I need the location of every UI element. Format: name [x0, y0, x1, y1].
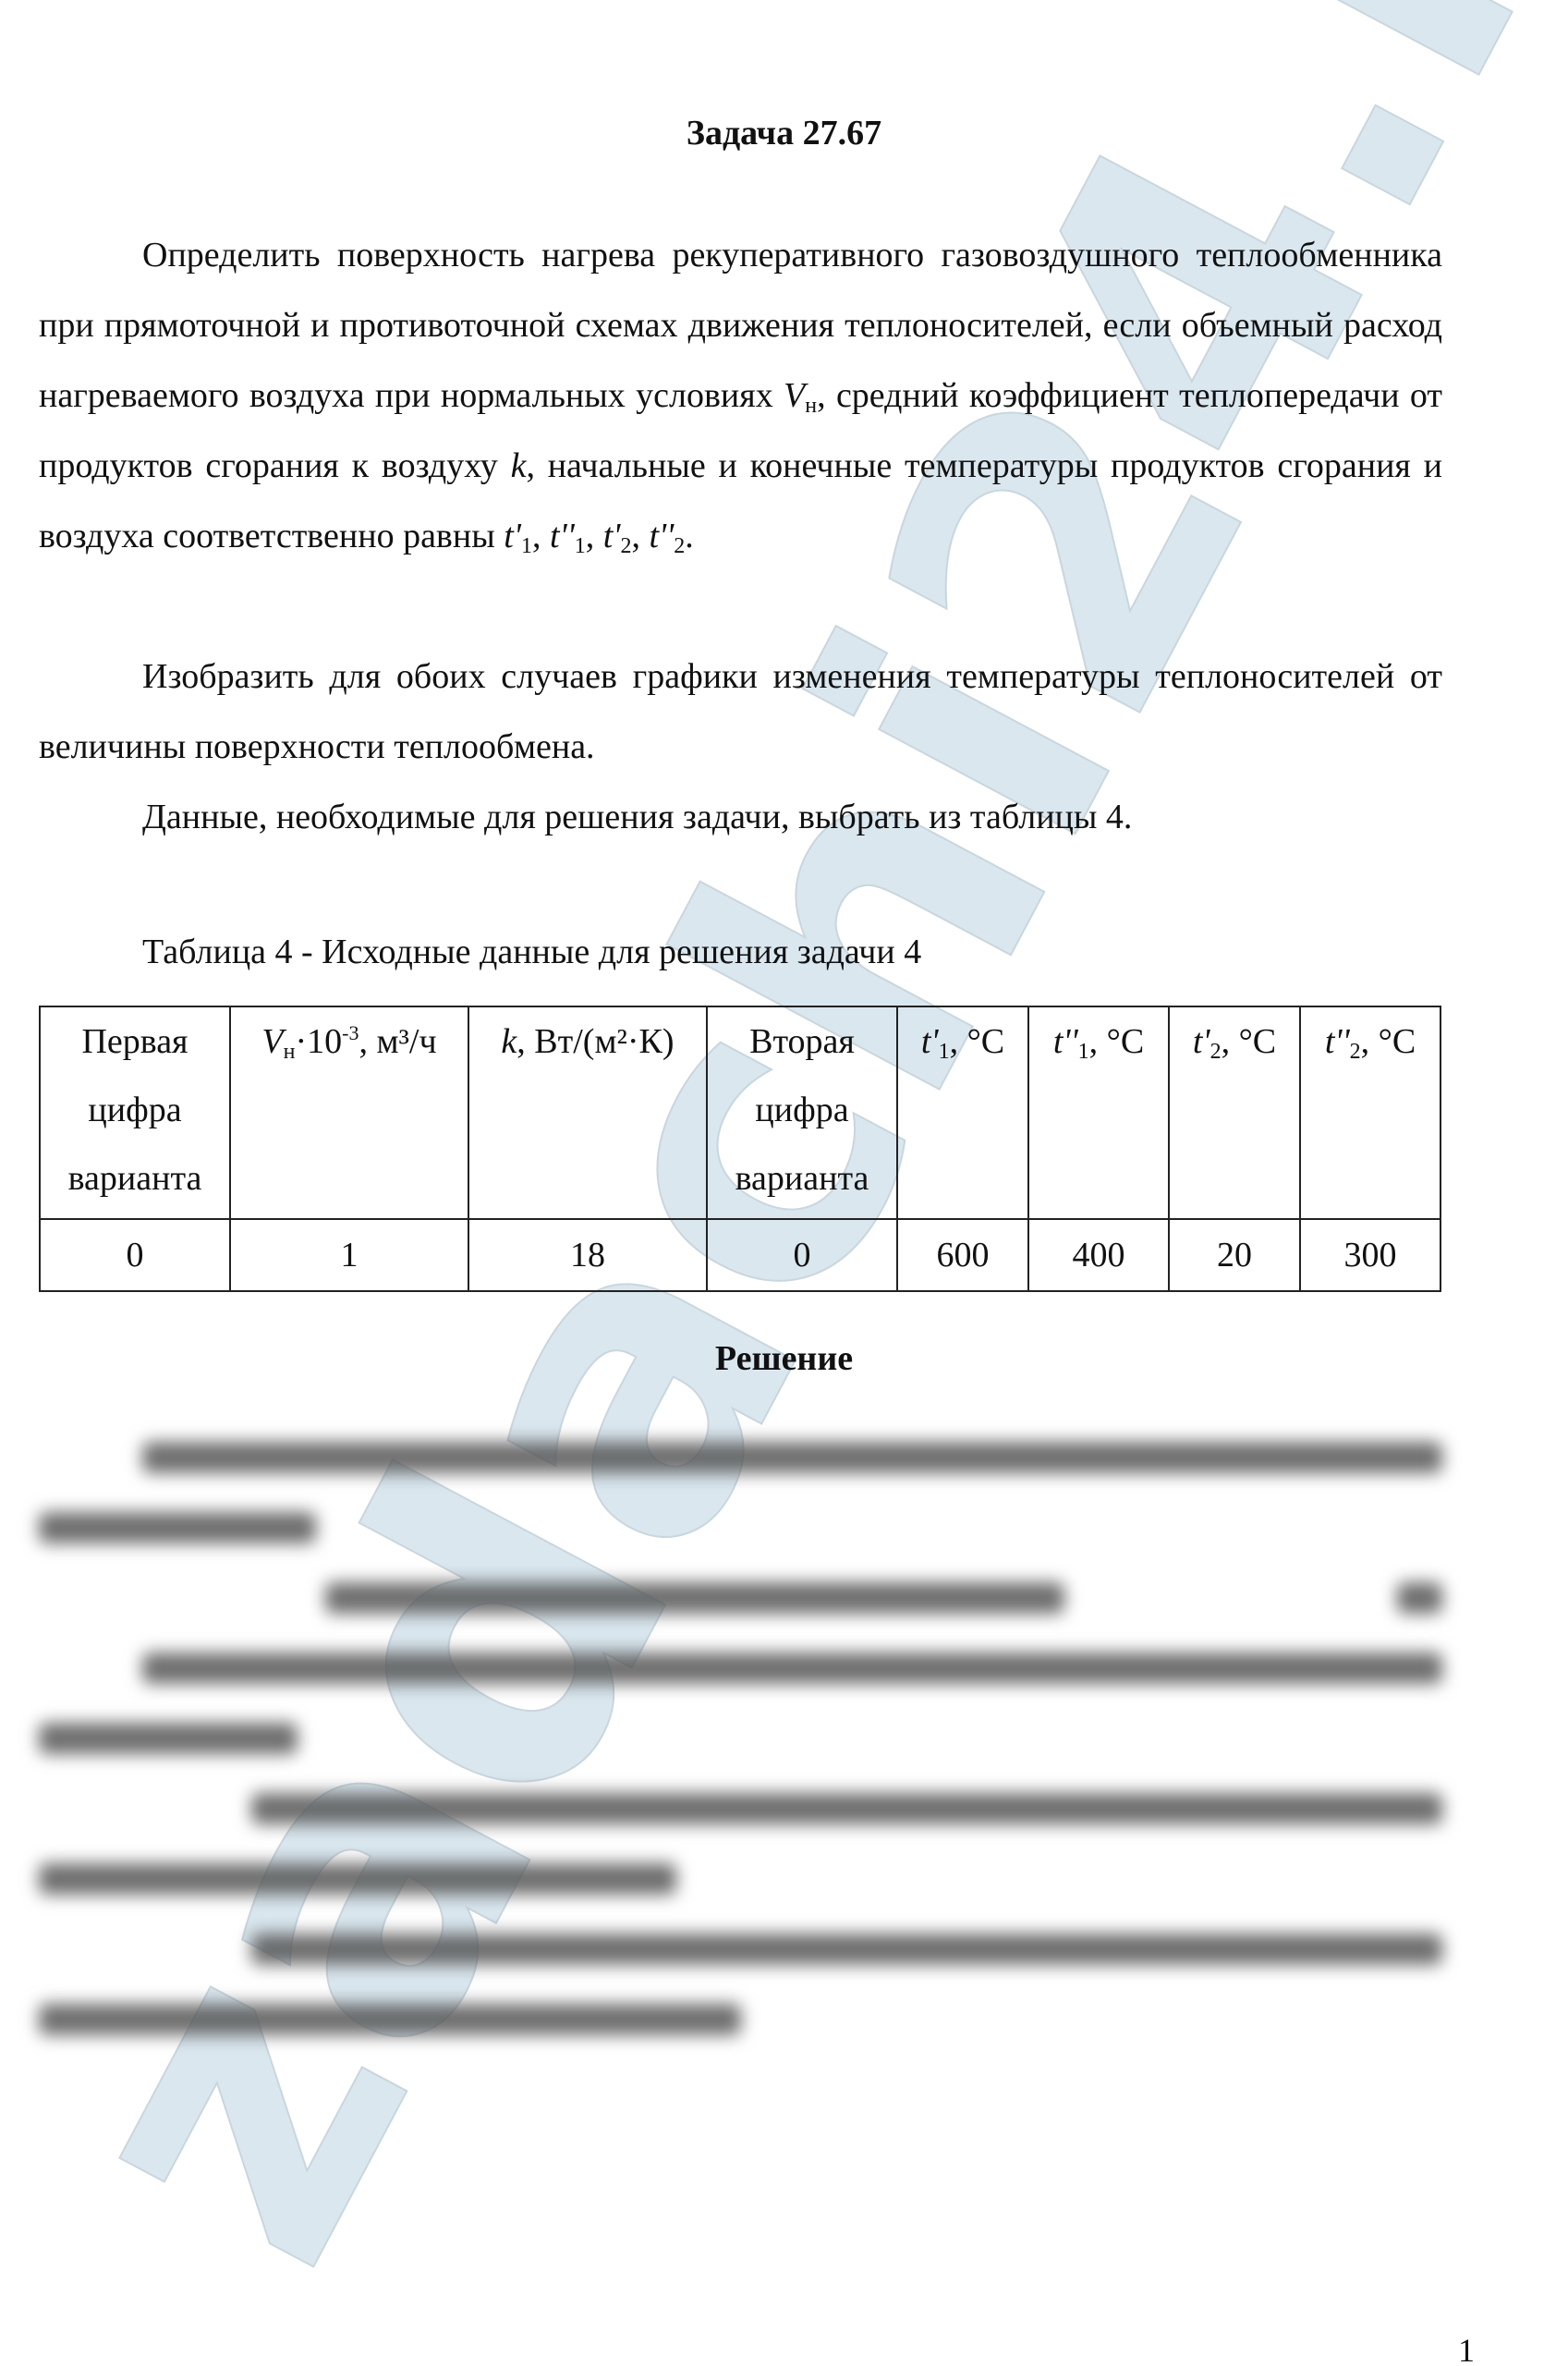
temperature-symbols: t'1, t''1, t'2, t''2.: [504, 517, 694, 555]
document-page: zadachi24.ru Задача 27.67 Определить пов…: [0, 0, 1568, 2366]
table-header-row: Первая цифра варианта Vн·10-3, м³/ч k, В…: [40, 1006, 1440, 1219]
input-data-table: Первая цифра варианта Vн·10-3, м³/ч k, В…: [39, 1006, 1441, 1292]
table-caption: Таблица 4 - Исходные данные для решения …: [142, 932, 921, 972]
cell-t2-out: 300: [1300, 1219, 1440, 1291]
header-t2-out: t''2, °С: [1300, 1006, 1440, 1219]
header-first-digit: Первая цифра варианта: [40, 1006, 230, 1219]
cell-second-digit: 0: [707, 1219, 897, 1291]
table-row: 0 1 18 0 600 400 20 300: [40, 1219, 1440, 1291]
header-t1-out: t''1, °С: [1028, 1006, 1169, 1219]
cell-t2-in: 20: [1169, 1219, 1300, 1291]
cell-t1-out: 400: [1028, 1219, 1169, 1291]
problem-title: Задача 27.67: [0, 113, 1568, 153]
page-number: 1: [1458, 2331, 1475, 2366]
cell-first-digit: 0: [40, 1219, 230, 1291]
header-t1-in: t'1, °С: [897, 1006, 1028, 1219]
plot-instruction: Изобразить для обоих случаев графики изм…: [39, 641, 1442, 782]
cell-t1-in: 600: [897, 1219, 1028, 1291]
solution-heading: Решение: [0, 1338, 1568, 1379]
blurred-solution-text: [39, 1442, 1442, 2089]
cell-volume-flow: 1: [230, 1219, 468, 1291]
header-volume-flow: Vн·10-3, м³/ч: [230, 1006, 468, 1219]
cell-heat-transfer-coef: 18: [468, 1219, 707, 1291]
header-heat-transfer-coef: k, Вт/(м²·К): [468, 1006, 707, 1219]
header-second-digit: Вторая цифра варианта: [707, 1006, 897, 1219]
header-t2-in: t'2, °С: [1169, 1006, 1300, 1219]
data-instruction: Данные, необходимые для решения задачи, …: [39, 782, 1442, 852]
problem-statement: Определить поверхность нагрева рекуперат…: [39, 220, 1442, 571]
